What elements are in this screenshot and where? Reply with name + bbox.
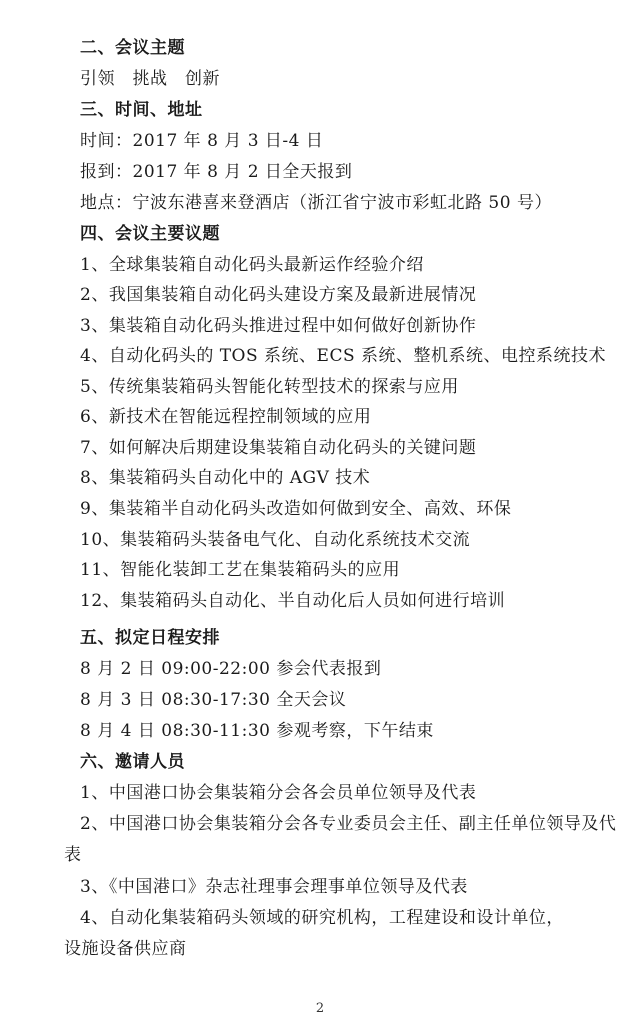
time-line: 时间：2017 年 8 月 3 日-4 日 [80,129,323,153]
invitee-item-continued: 设施设备供应商 [64,937,187,961]
invitee-item: 3、《中国港口》杂志社理事会理事单位领导及代表 [80,875,468,899]
invitee-item: 1、中国港口协会集装箱分会各会员单位领导及代表 [80,781,476,805]
topic-item: 7、如何解决后期建设集装箱自动化码头的关键问题 [80,436,476,460]
schedule-item: 8 月 2 日 09:00-22:00 参会代表报到 [80,657,381,681]
topic-item: 4、自动化码头的 TOS 系统、ECS 系统、整机系统、电控系统技术 [80,344,606,368]
schedule-item: 8 月 3 日 08:30-17:30 全天会议 [80,688,346,712]
schedule-item: 8 月 4 日 08:30-11:30 参观考察，下午结束 [80,719,434,743]
page-number: 2 [0,1001,640,1016]
invitee-item: 2、中国港口协会集装箱分会各专业委员会主任、副主任单位领导及代 [80,812,616,836]
topic-item: 2、我国集装箱自动化码头建设方案及最新进展情况 [80,283,476,307]
section-heading-schedule: 五、拟定日程安排 [80,626,220,650]
invitee-item-continued: 表 [64,843,82,867]
theme-text: 引领 挑战 创新 [80,67,220,91]
topic-item: 11、智能化装卸工艺在集装箱码头的应用 [80,558,400,582]
registration-line: 报到：2017 年 8 月 2 日全天报到 [80,160,352,184]
section-heading-time-location: 三、时间、地址 [80,98,203,122]
topic-item: 5、传统集装箱码头智能化转型技术的探索与应用 [80,375,459,399]
topic-item: 12、集装箱码头自动化、半自动化后人员如何进行培训 [80,589,505,613]
topic-item: 1、全球集装箱自动化码头最新运作经验介绍 [80,253,424,277]
topic-item: 9、集装箱半自动化码头改造如何做到安全、高效、环保 [80,497,511,521]
location-line: 地点：宁波东港喜来登酒店（浙江省宁波市彩虹北路 50 号） [80,191,552,215]
topic-item: 10、集装箱码头装备电气化、自动化系统技术交流 [80,528,470,552]
section-heading-invitees: 六、邀请人员 [80,750,185,774]
document-page: 二、会议主题 引领 挑战 创新 三、时间、地址 时间：2017 年 8 月 3 … [0,0,640,1035]
topic-item: 6、新技术在智能远程控制领域的应用 [80,405,371,429]
topic-item: 8、集装箱码头自动化中的 AGV 技术 [80,466,370,490]
invitee-item: 4、自动化集装箱码头领域的研究机构，工程建设和设计单位， [80,906,564,930]
section-heading-topics: 四、会议主要议题 [80,222,220,246]
topic-item: 3、集装箱自动化码头推进过程中如何做好创新协作 [80,314,476,338]
section-heading-theme: 二、会议主题 [80,36,185,60]
